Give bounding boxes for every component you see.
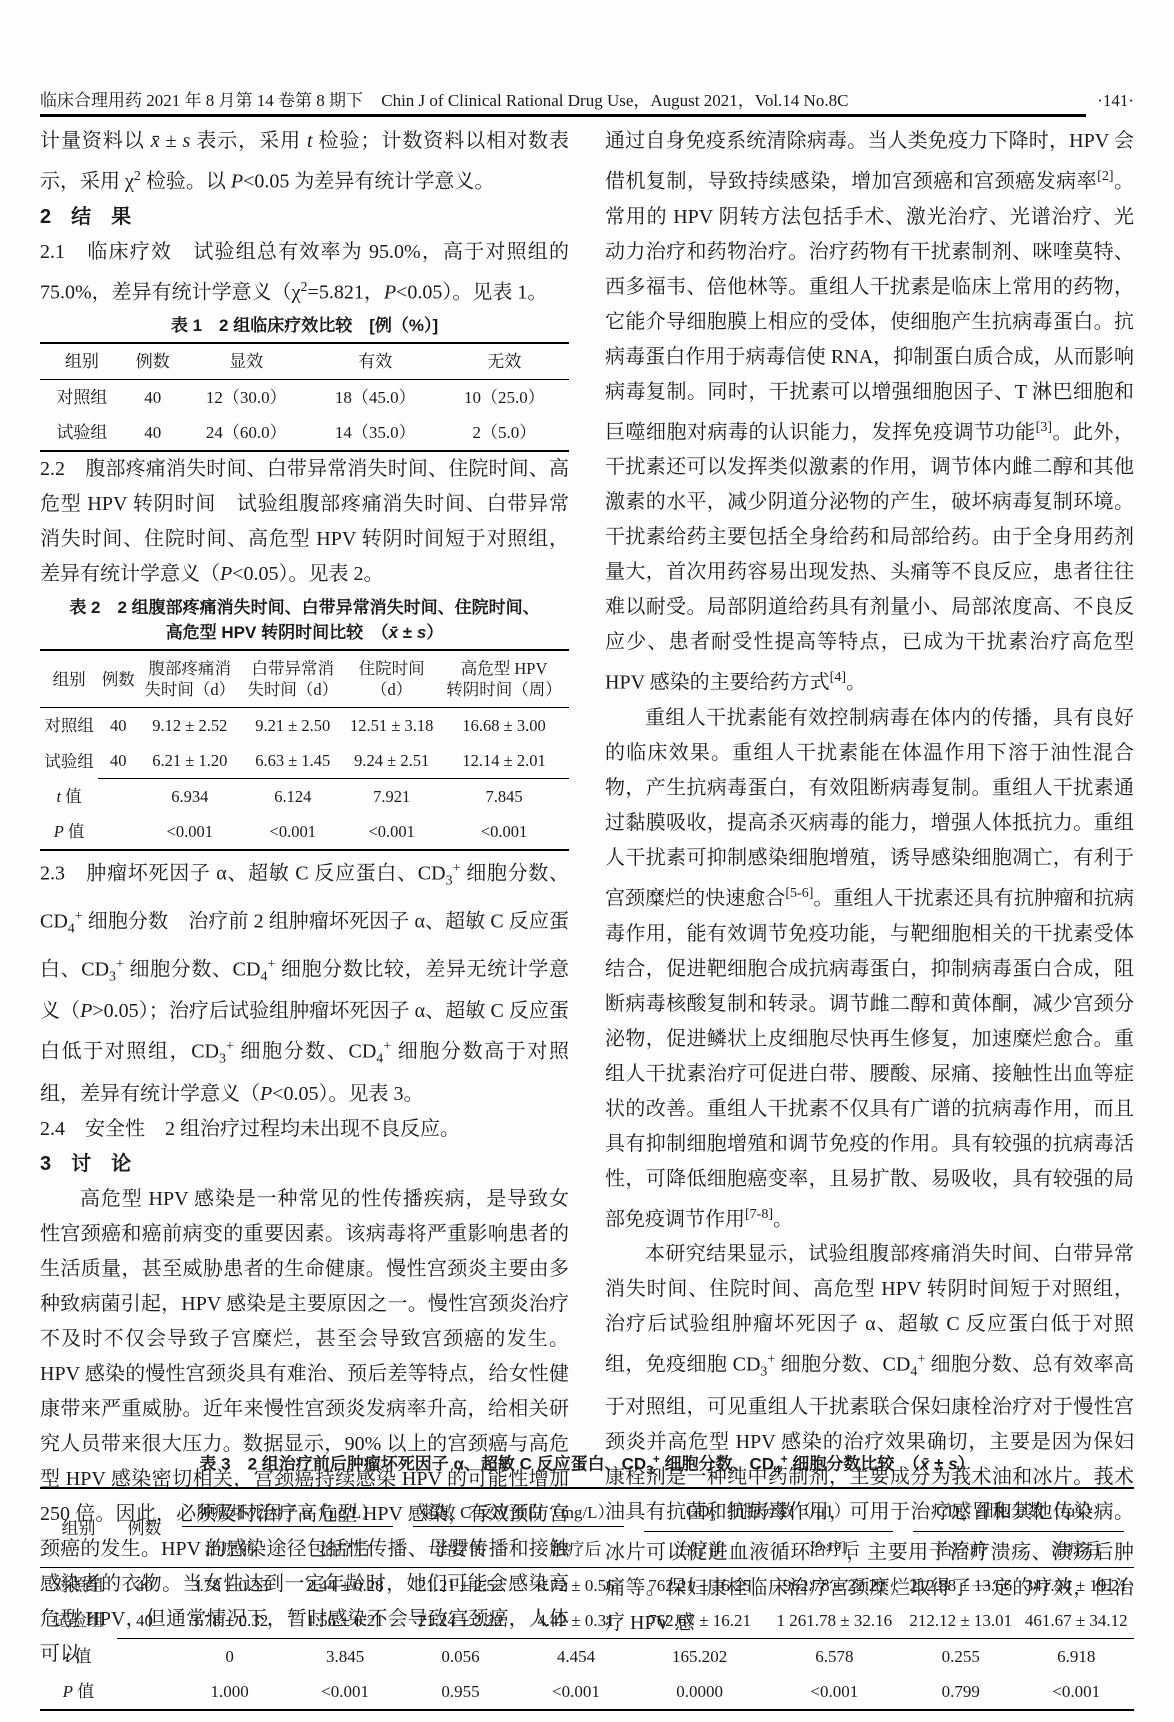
table2-caption-line2: 高危型 HPV 转阴时间比较 （x̄ ± s）: [166, 623, 444, 642]
cell: <0.001: [344, 814, 439, 850]
col-header: 例数: [117, 1488, 172, 1568]
cell: 0.056: [403, 1639, 518, 1675]
cell: 6.578: [766, 1639, 903, 1675]
cell: 762.21 ± 16.25: [634, 1568, 766, 1604]
cell: 4.42 ± 0.31: [518, 1603, 633, 1639]
cell: 9.24 ± 2.51: [344, 743, 439, 779]
table-row-p-values: P 值 1.000 <0.001 0.955 <0.001 0.0000 <0.…: [40, 1674, 1134, 1710]
cell: [98, 814, 138, 850]
two-column-body: 计量资料以 x̄ ± s 表示，采用 t 检验；计数资料以相对数表示，采用 χ2…: [40, 124, 1134, 1672]
table1-caption: 表 1 2 组临床疗效比较 [例（%）]: [40, 313, 569, 338]
cell: 9.21 ± 2.50: [241, 708, 344, 744]
cell: 14（35.0）: [311, 415, 440, 451]
col-header: 例数: [98, 650, 138, 708]
col-header: 治疗后: [518, 1532, 633, 1568]
cell: 7.921: [344, 779, 439, 815]
group-header-hscrp: 超敏 C 反应蛋白（mg/L）: [403, 1488, 634, 1532]
cell: 0.0000: [634, 1674, 766, 1710]
table-row: 试验组 40 24（60.0） 14（35.0） 2（5.0）: [40, 415, 569, 451]
table3-section: 表 3 2 组治疗前后肿瘤坏死因子 α、超敏 C 反应蛋白、CD3+ 细胞分数、…: [40, 1444, 1134, 1711]
cell: 341.34 ± 19.21: [1018, 1568, 1134, 1604]
col-header: 白带异常消失时间（d）: [241, 650, 344, 708]
table3-biomarkers: 组别 例数 肿瘤坏死因子 α（μg/L） 超敏 C 反应蛋白（mg/L） CD3…: [40, 1487, 1134, 1711]
cell: 6.124: [241, 779, 344, 815]
table3-caption: 表 3 2 组治疗前后肿瘤坏死因子 α、超敏 C 反应蛋白、CD3+ 细胞分数、…: [40, 1447, 1134, 1483]
cell: [98, 779, 138, 815]
paragraph-safety: 2.4 安全性 2 组治疗过程均未出现不良反应。: [40, 1112, 569, 1147]
cell: 18（45.0）: [311, 380, 440, 416]
col-header: 治疗前: [403, 1532, 518, 1568]
table-row: 对照组 40 3.78 ± 0.33 2.44 ± 0.28 21.21 ± 2…: [40, 1568, 1134, 1604]
col-header: 无效: [440, 343, 569, 380]
table2-symptom-times: 组别 例数 腹部疼痛消失时间（d） 白带异常消失时间（d） 住院时间（d） 高危…: [40, 649, 569, 851]
col-header: 腹部疼痛消失时间（d）: [138, 650, 241, 708]
table-row-t-values: t 值 6.934 6.124 7.921 7.845: [40, 779, 569, 815]
cell: 6.21 ± 1.20: [138, 743, 241, 779]
cell: <0.001: [439, 814, 569, 850]
running-head: 临床合理用药 2021 年 8 月第 14 卷第 8 期下 Chin J of …: [40, 86, 1134, 111]
col-header: 治疗前: [903, 1532, 1018, 1568]
cell: 1.56 ± 0.21: [287, 1603, 402, 1639]
col-header: 高危型 HPV转阴时间（周）: [439, 650, 569, 708]
journal-title-cn: 临床合理用药 2021 年 8 月第 14 卷第 8 期下: [40, 91, 363, 110]
cell: 2（5.0）: [440, 415, 569, 451]
cell: 16.68 ± 3.00: [439, 708, 569, 744]
cell: 3.78 ± 0.32: [172, 1603, 287, 1639]
cell: <0.001: [1018, 1674, 1134, 1710]
table-row: 对照组 40 12（30.0） 18（45.0） 10（25.0）: [40, 380, 569, 416]
cell: P 值: [40, 1674, 117, 1710]
cell: [117, 1639, 172, 1675]
col-header: 组别: [40, 343, 124, 380]
cell: t 值: [40, 1639, 117, 1675]
left-column: 计量资料以 x̄ ± s 表示，采用 t 检验；计数资料以相对数表示，采用 χ2…: [40, 124, 569, 1672]
cell: 962.78 ± 22.21: [766, 1568, 903, 1604]
table3-group-header-row: 组别 例数 肿瘤坏死因子 α（μg/L） 超敏 C 反应蛋白（mg/L） CD3…: [40, 1488, 1134, 1532]
cell: <0.001: [138, 814, 241, 850]
cell: 21.21 ± 2.52: [403, 1568, 518, 1604]
col-header: 治疗后: [287, 1532, 402, 1568]
table-row: 试验组 40 3.78 ± 0.32 1.56 ± 0.21 21.24 ± 2…: [40, 1603, 1134, 1639]
section-heading-discussion: 3 讨 论: [40, 1147, 569, 1182]
cell: 2.44 ± 0.28: [287, 1568, 402, 1604]
table2-caption-line1: 表 2 2 组腹部疼痛消失时间、白带异常消失时间、住院时间、: [69, 598, 539, 617]
cell: <0.001: [766, 1674, 903, 1710]
cell: 24（60.0）: [182, 415, 311, 451]
col-header: 有效: [311, 343, 440, 380]
right-column: 通过自身免疫系统清除病毒。当人类免疫力下降时，HPV 会借机复制，导致持续感染，…: [605, 124, 1134, 1672]
cell: 0.255: [903, 1639, 1018, 1675]
header-rule: [40, 114, 1086, 117]
cell: 10（25.0）: [440, 380, 569, 416]
col-header: 住院时间（d）: [344, 650, 439, 708]
cell: 9.12 ± 2.52: [138, 708, 241, 744]
page-number: ·141·: [1097, 91, 1134, 111]
table2-header-row: 组别 例数 腹部疼痛消失时间（d） 白带异常消失时间（d） 住院时间（d） 高危…: [40, 650, 569, 708]
cell: 4.454: [518, 1639, 633, 1675]
cell: 165.202: [634, 1639, 766, 1675]
paragraph-discussion-3: 重组人干扰素能有效控制病毒在体内的传播，具有良好的临床效果。重组人干扰素能在体温…: [605, 701, 1134, 1237]
cell: 1.000: [172, 1674, 287, 1710]
table-row-p-values: P 值 <0.001 <0.001 <0.001 <0.001: [40, 814, 569, 850]
table1-clinical-efficacy: 组别 例数 显效 有效 无效 对照组 40 12（30.0） 18（45.0） …: [40, 342, 569, 452]
table-row: 试验组 40 6.21 ± 1.20 6.63 ± 1.45 9.24 ± 2.…: [40, 743, 569, 779]
cell: 0: [172, 1639, 287, 1675]
paragraph-symptom-times: 2.2 腹部疼痛消失时间、白带异常消失时间、住院时间、高危型 HPV 转阴时间 …: [40, 452, 569, 592]
table1-header-row: 组别 例数 显效 有效 无效: [40, 343, 569, 380]
cell: 试验组: [40, 743, 98, 779]
journal-page: 临床合理用药 2021 年 8 月第 14 卷第 8 期下 Chin J of …: [0, 0, 1174, 1722]
section-heading-results: 2 结 果: [40, 200, 569, 235]
col-header: 治疗后: [766, 1532, 903, 1568]
cell: 40: [98, 743, 138, 779]
cell: 对照组: [40, 1568, 117, 1604]
col-header: 显效: [182, 343, 311, 380]
cell: 3.78 ± 0.33: [172, 1568, 287, 1604]
cell: 40: [117, 1603, 172, 1639]
cell: 12.14 ± 2.01: [439, 743, 569, 779]
group-header-cd4: CD4+ 细胞分数（/μ1）: [903, 1488, 1134, 1532]
cell: 12.51 ± 3.18: [344, 708, 439, 744]
cell: 0.955: [403, 1674, 518, 1710]
col-header: 治疗前: [172, 1532, 287, 1568]
cell: 762.67 ± 16.21: [634, 1603, 766, 1639]
table2-caption: 表 2 2 组腹部疼痛消失时间、白带异常消失时间、住院时间、 高危型 HPV 转…: [40, 595, 569, 645]
cell: 212.88 ± 13.66: [903, 1568, 1018, 1604]
cell: 40: [117, 1568, 172, 1604]
col-header: 组别: [40, 1488, 117, 1568]
cell: P 值: [40, 814, 98, 850]
cell: 0.799: [903, 1674, 1018, 1710]
cell: 试验组: [40, 415, 124, 451]
cell: 212.12 ± 13.01: [903, 1603, 1018, 1639]
journal-title-en: Chin J of Clinical Rational Drug Use，Aug…: [381, 91, 848, 110]
cell: 3.845: [287, 1639, 402, 1675]
col-header: 组别: [40, 650, 98, 708]
cell: 1 261.78 ± 32.16: [766, 1603, 903, 1639]
paragraph-clinical-efficacy: 2.1 临床疗效 试验组总有效率为 95.0%，高于对照组的 75.0%，差异有…: [40, 235, 569, 311]
paragraph-statistics-method: 计量资料以 x̄ ± s 表示，采用 t 检验；计数资料以相对数表示，采用 χ2…: [40, 124, 569, 200]
cell: 40: [124, 415, 182, 451]
table3-subheader-row: 治疗前 治疗后 治疗前 治疗后 治疗前 治疗后 治疗前 治疗后: [40, 1532, 1134, 1568]
cell: <0.001: [241, 814, 344, 850]
cell: 7.845: [439, 779, 569, 815]
cell: 21.24 ± 2.22: [403, 1603, 518, 1639]
cell: 6.934: [138, 779, 241, 815]
col-header: 治疗前: [634, 1532, 766, 1568]
cell: 试验组: [40, 1603, 117, 1639]
cell: 对照组: [40, 708, 98, 744]
cell: 6.918: [1018, 1639, 1134, 1675]
col-header: 例数: [124, 343, 182, 380]
cell: <0.001: [287, 1674, 402, 1710]
table-row-t-values: t 值 0 3.845 0.056 4.454 165.202 6.578 0.…: [40, 1639, 1134, 1675]
table-row: 对照组 40 9.12 ± 2.52 9.21 ± 2.50 12.51 ± 3…: [40, 708, 569, 744]
cell: 对照组: [40, 380, 124, 416]
cell: t 值: [40, 779, 98, 815]
paragraph-biomarkers: 2.3 肿瘤坏死因子 α、超敏 C 反应蛋白、CD3+ 细胞分数、CD4+ 细胞…: [40, 851, 569, 1112]
col-header: 治疗后: [1018, 1532, 1134, 1568]
cell: 12（30.0）: [182, 380, 311, 416]
group-header-tnf: 肿瘤坏死因子 α（μg/L）: [172, 1488, 403, 1532]
cell: [117, 1674, 172, 1710]
cell: 8.72 ± 0.56: [518, 1568, 633, 1604]
group-header-cd3: CD3+ 细胞分数（/μ1）: [634, 1488, 903, 1532]
cell: 461.67 ± 34.12: [1018, 1603, 1134, 1639]
cell: 6.63 ± 1.45: [241, 743, 344, 779]
paragraph-discussion-2: 通过自身免疫系统清除病毒。当人类免疫力下降时，HPV 会借机复制，导致持续感染，…: [605, 124, 1134, 701]
cell: 40: [98, 708, 138, 744]
cell: <0.001: [518, 1674, 633, 1710]
cell: 40: [124, 380, 182, 416]
